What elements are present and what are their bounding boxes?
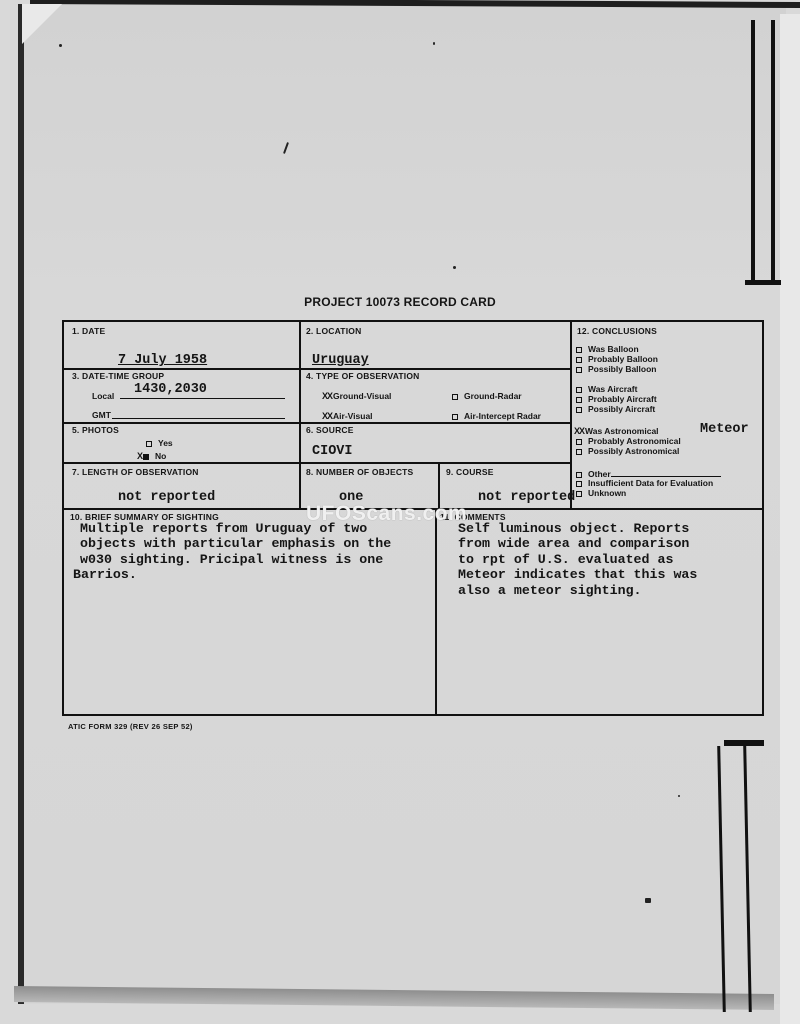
length-of-observation-label: 7. LENGTH OF OBSERVATION xyxy=(72,467,199,477)
date-label: 1. DATE xyxy=(72,326,105,336)
checkbox-icon xyxy=(576,357,582,363)
ground-visual-option[interactable]: XXGround-Visual xyxy=(322,391,391,401)
checked-mark: XX xyxy=(322,391,332,401)
dust-speck xyxy=(678,795,680,797)
source-value: CIOVI xyxy=(312,444,353,459)
conclusion-unknown[interactable]: Unknown xyxy=(576,488,626,498)
dust-speck xyxy=(433,42,435,45)
divider xyxy=(64,462,570,464)
divider xyxy=(64,368,570,370)
local-label: Local xyxy=(92,391,114,401)
conclusion-possibly-balloon[interactable]: Possibly Balloon xyxy=(576,364,657,374)
conclusion-possibly-aircraft[interactable]: Possibly Aircraft xyxy=(576,404,655,414)
folded-corner xyxy=(22,4,62,44)
divider xyxy=(435,508,437,714)
air-intercept-radar-option[interactable]: Air-Intercept Radar xyxy=(452,411,541,421)
brief-summary-text: Multiple reports from Uruguay of twoobje… xyxy=(80,521,391,583)
checkbox-icon xyxy=(146,441,152,447)
checkbox-icon xyxy=(576,439,582,445)
dust-speck xyxy=(59,44,62,47)
date-value: 7 July 1958 xyxy=(118,353,207,368)
location-label: 2. LOCATION xyxy=(306,326,361,336)
conclusion-possibly-astronomical[interactable]: Possibly Astronomical xyxy=(576,446,679,456)
checkbox-icon xyxy=(576,481,582,487)
checked-mark: XX xyxy=(322,411,332,421)
divider xyxy=(64,422,570,424)
checkbox-icon xyxy=(576,397,582,403)
checkbox-icon xyxy=(576,347,582,353)
conclusion-was-astronomical[interactable]: XXWas Astronomical xyxy=(574,426,659,436)
card-title: PROJECT 10073 RECORD CARD xyxy=(0,295,800,309)
checkbox-icon xyxy=(452,394,458,400)
conclusion-probably-astronomical[interactable]: Probably Astronomical xyxy=(576,436,681,446)
course-label: 9. COURSE xyxy=(446,467,494,477)
conclusions-panel: Was Balloon Probably Balloon Possibly Ba… xyxy=(570,322,764,508)
photos-label: 5. PHOTOS xyxy=(72,425,119,435)
checkbox-icon xyxy=(576,407,582,413)
other-field-line xyxy=(611,468,721,477)
checkbox-icon xyxy=(576,491,582,497)
type-of-observation-label: 4. TYPE OF OBSERVATION xyxy=(306,371,420,381)
course-value: not reported xyxy=(478,490,575,505)
ground-radar-option[interactable]: Ground-Radar xyxy=(452,391,522,401)
dust-speck xyxy=(645,898,651,903)
checkbox-icon xyxy=(576,449,582,455)
conclusion-probably-aircraft[interactable]: Probably Aircraft xyxy=(576,394,657,404)
conclusion-was-balloon[interactable]: Was Balloon xyxy=(576,344,639,354)
checkbox-icon xyxy=(452,414,458,420)
conclusion-annotation: Meteor xyxy=(700,422,749,437)
binder-clip-mark-bottom xyxy=(718,740,766,1012)
source-label: 6. SOURCE xyxy=(306,425,354,435)
dust-speck xyxy=(453,266,456,269)
gmt-field-line xyxy=(112,406,285,419)
conclusion-probably-balloon[interactable]: Probably Balloon xyxy=(576,354,658,364)
photos-yes-option[interactable]: Yes xyxy=(146,438,173,448)
checkbox-icon xyxy=(576,387,582,393)
checkbox-icon xyxy=(143,454,149,460)
right-margin xyxy=(780,14,800,1024)
divider xyxy=(299,322,301,508)
conclusion-insufficient-data[interactable]: Insufficient Data for Evaluation xyxy=(576,478,713,488)
location-value: Uruguay xyxy=(312,353,369,368)
binder-clip-mark-top xyxy=(745,20,781,286)
local-time-value: 1430,2030 xyxy=(134,382,207,397)
checkbox-icon xyxy=(576,367,582,373)
length-of-observation-value: not reported xyxy=(118,490,215,505)
checked-mark: XX xyxy=(574,426,584,436)
watermark: UFOScans.com xyxy=(306,502,467,526)
comments-text: Self luminous object. Reportsfrom wide a… xyxy=(458,521,697,598)
air-visual-option[interactable]: XXAir-Visual xyxy=(322,411,373,421)
conclusion-was-aircraft[interactable]: Was Aircraft xyxy=(576,384,637,394)
gmt-label: GMT xyxy=(92,410,111,420)
photos-no-option[interactable]: XNo xyxy=(137,451,166,461)
date-time-group-label: 3. DATE-TIME GROUP xyxy=(72,371,164,381)
checked-mark: X xyxy=(137,451,142,461)
number-of-objects-label: 8. NUMBER OF OBJECTS xyxy=(306,467,413,477)
form-number: ATIC FORM 329 (REV 26 SEP 52) xyxy=(68,722,193,731)
